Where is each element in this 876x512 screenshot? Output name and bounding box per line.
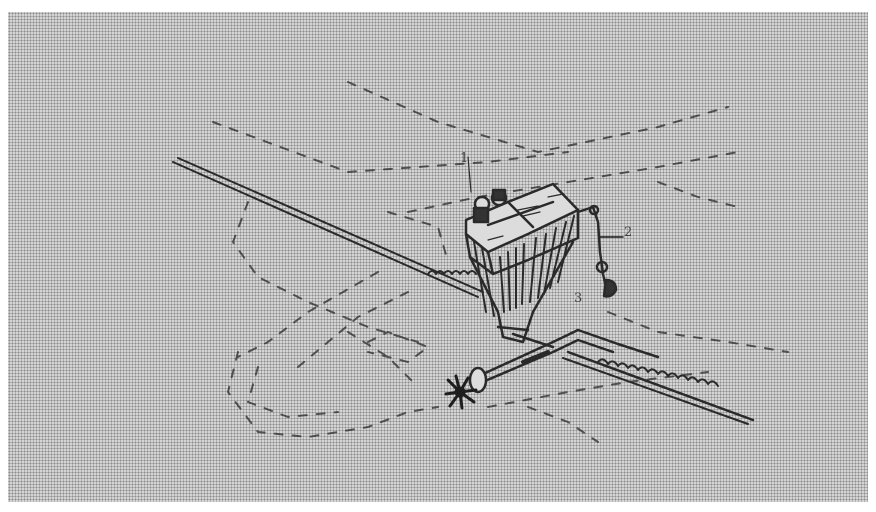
scalloped-edge [428,271,718,386]
hopper [466,184,578,342]
callout-label-1: 1 [460,152,468,165]
chain-arm [578,206,623,296]
machine-diagram [8,12,868,502]
callout-label-3: 3 [574,292,582,305]
callout-label-2: 2 [624,226,632,239]
technical-illustration: 1 2 3 [8,12,868,502]
